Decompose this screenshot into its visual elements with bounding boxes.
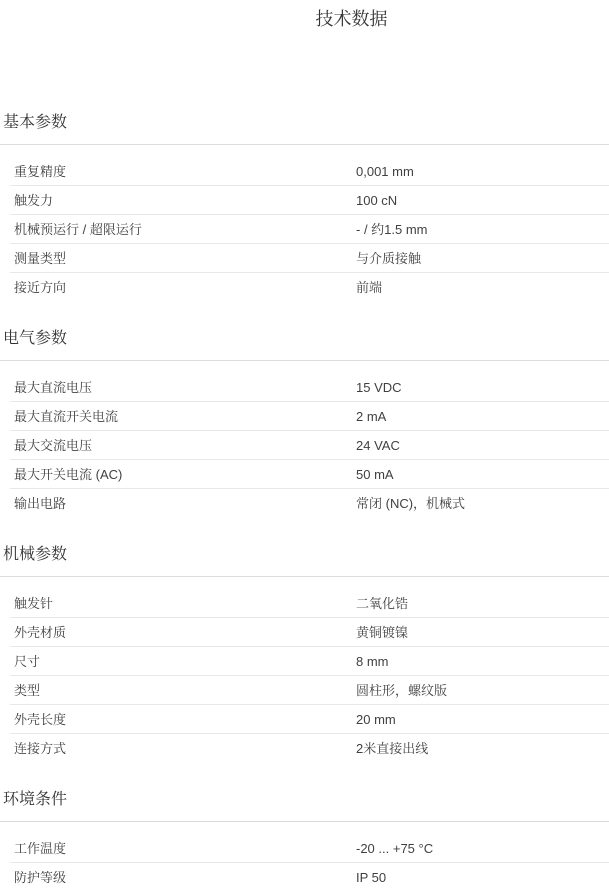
- spec-label: 外壳材质: [10, 626, 356, 639]
- spec-label: 外壳长度: [10, 713, 356, 726]
- section-mechanical-parameters: 机械参数 触发针 二氧化锆 外壳材质 黄铜镀镍 尺寸 8 mm 类型 圆柱形，螺…: [0, 544, 609, 762]
- spec-label: 连接方式: [10, 742, 356, 755]
- spec-row: 最大开关电流 (AC) 50 mA: [10, 460, 609, 489]
- section-title: 环境条件: [3, 789, 609, 810]
- spec-label: 最大开关电流 (AC): [10, 468, 356, 481]
- spec-label: 工作温度: [10, 842, 356, 855]
- spec-label: 最大交流电压: [10, 439, 356, 452]
- spec-label: 接近方向: [10, 281, 356, 294]
- section-title: 基本参数: [3, 112, 609, 133]
- spec-row: 触发针 二氧化锆: [10, 589, 609, 618]
- spec-label: 防护等级: [10, 871, 356, 884]
- section-title: 机械参数: [3, 544, 609, 565]
- section-electrical-parameters: 电气参数 最大直流电压 15 VDC 最大直流开关电流 2 mA 最大交流电压 …: [0, 328, 609, 517]
- spec-row: 测量类型 与介质接触: [10, 244, 609, 273]
- spec-row: 接近方向 前端: [10, 273, 609, 301]
- spec-label: 机械预运行 / 超限运行: [10, 223, 356, 236]
- spec-row: 连接方式 2米直接出线: [10, 734, 609, 762]
- spec-value: 前端: [356, 281, 609, 294]
- spec-row: 最大直流开关电流 2 mA: [10, 402, 609, 431]
- spec-label: 输出电路: [10, 497, 356, 510]
- section-environmental-conditions: 环境条件 工作温度 -20 ... +75 °C 防护等级 IP 50: [0, 789, 609, 891]
- spec-value: 0,001 mm: [356, 165, 609, 178]
- spec-value: 常闭 (NC)，机械式: [356, 497, 609, 510]
- spec-row: 防护等级 IP 50: [10, 863, 609, 891]
- spec-value: 二氧化锆: [356, 597, 609, 610]
- section-title: 电气参数: [3, 328, 609, 349]
- spec-table: 工作温度 -20 ... +75 °C 防护等级 IP 50: [10, 834, 609, 891]
- spec-label: 类型: [10, 684, 356, 697]
- spec-value: 2 mA: [356, 410, 609, 423]
- technical-data-page: 技术数据 基本参数 重复精度 0,001 mm 触发力 100 cN 机械预运行…: [0, 0, 609, 893]
- spec-row: 重复精度 0,001 mm: [10, 157, 609, 186]
- section-divider: [0, 821, 609, 822]
- section-divider: [0, 144, 609, 145]
- spec-value: 圆柱形，螺纹版: [356, 684, 609, 697]
- section-divider: [0, 360, 609, 361]
- spec-value: 15 VDC: [356, 381, 609, 394]
- spec-label: 重复精度: [10, 165, 356, 178]
- spec-row: 机械预运行 / 超限运行 - / 约1.5 mm: [10, 215, 609, 244]
- spec-row: 触发力 100 cN: [10, 186, 609, 215]
- page-title: 技术数据: [47, 8, 609, 30]
- spec-row: 外壳长度 20 mm: [10, 705, 609, 734]
- spec-row: 输出电路 常闭 (NC)，机械式: [10, 489, 609, 517]
- section-basic-parameters: 基本参数 重复精度 0,001 mm 触发力 100 cN 机械预运行 / 超限…: [0, 112, 609, 301]
- section-divider: [0, 576, 609, 577]
- spec-value: IP 50: [356, 871, 609, 884]
- spec-table: 最大直流电压 15 VDC 最大直流开关电流 2 mA 最大交流电压 24 VA…: [10, 373, 609, 517]
- spec-label: 尺寸: [10, 655, 356, 668]
- spec-label: 触发针: [10, 597, 356, 610]
- spec-row: 尺寸 8 mm: [10, 647, 609, 676]
- spec-value: 50 mA: [356, 468, 609, 481]
- spec-value: 8 mm: [356, 655, 609, 668]
- spec-value: 24 VAC: [356, 439, 609, 452]
- spec-value: -20 ... +75 °C: [356, 842, 609, 855]
- spec-value: 黄铜镀镍: [356, 626, 609, 639]
- spec-row: 最大直流电压 15 VDC: [10, 373, 609, 402]
- spec-row: 类型 圆柱形，螺纹版: [10, 676, 609, 705]
- spec-row: 工作温度 -20 ... +75 °C: [10, 834, 609, 863]
- spec-table: 触发针 二氧化锆 外壳材质 黄铜镀镍 尺寸 8 mm 类型 圆柱形，螺纹版 外壳…: [10, 589, 609, 762]
- spec-table: 重复精度 0,001 mm 触发力 100 cN 机械预运行 / 超限运行 - …: [10, 157, 609, 301]
- spec-row: 外壳材质 黄铜镀镍: [10, 618, 609, 647]
- spec-label: 最大直流电压: [10, 381, 356, 394]
- spec-value: 100 cN: [356, 194, 609, 207]
- spec-value: - / 约1.5 mm: [356, 223, 609, 236]
- spec-label: 测量类型: [10, 252, 356, 265]
- spec-value: 与介质接触: [356, 252, 609, 265]
- spec-value: 20 mm: [356, 713, 609, 726]
- spec-value: 2米直接出线: [356, 742, 609, 755]
- spec-label: 触发力: [10, 194, 356, 207]
- spec-row: 最大交流电压 24 VAC: [10, 431, 609, 460]
- spec-label: 最大直流开关电流: [10, 410, 356, 423]
